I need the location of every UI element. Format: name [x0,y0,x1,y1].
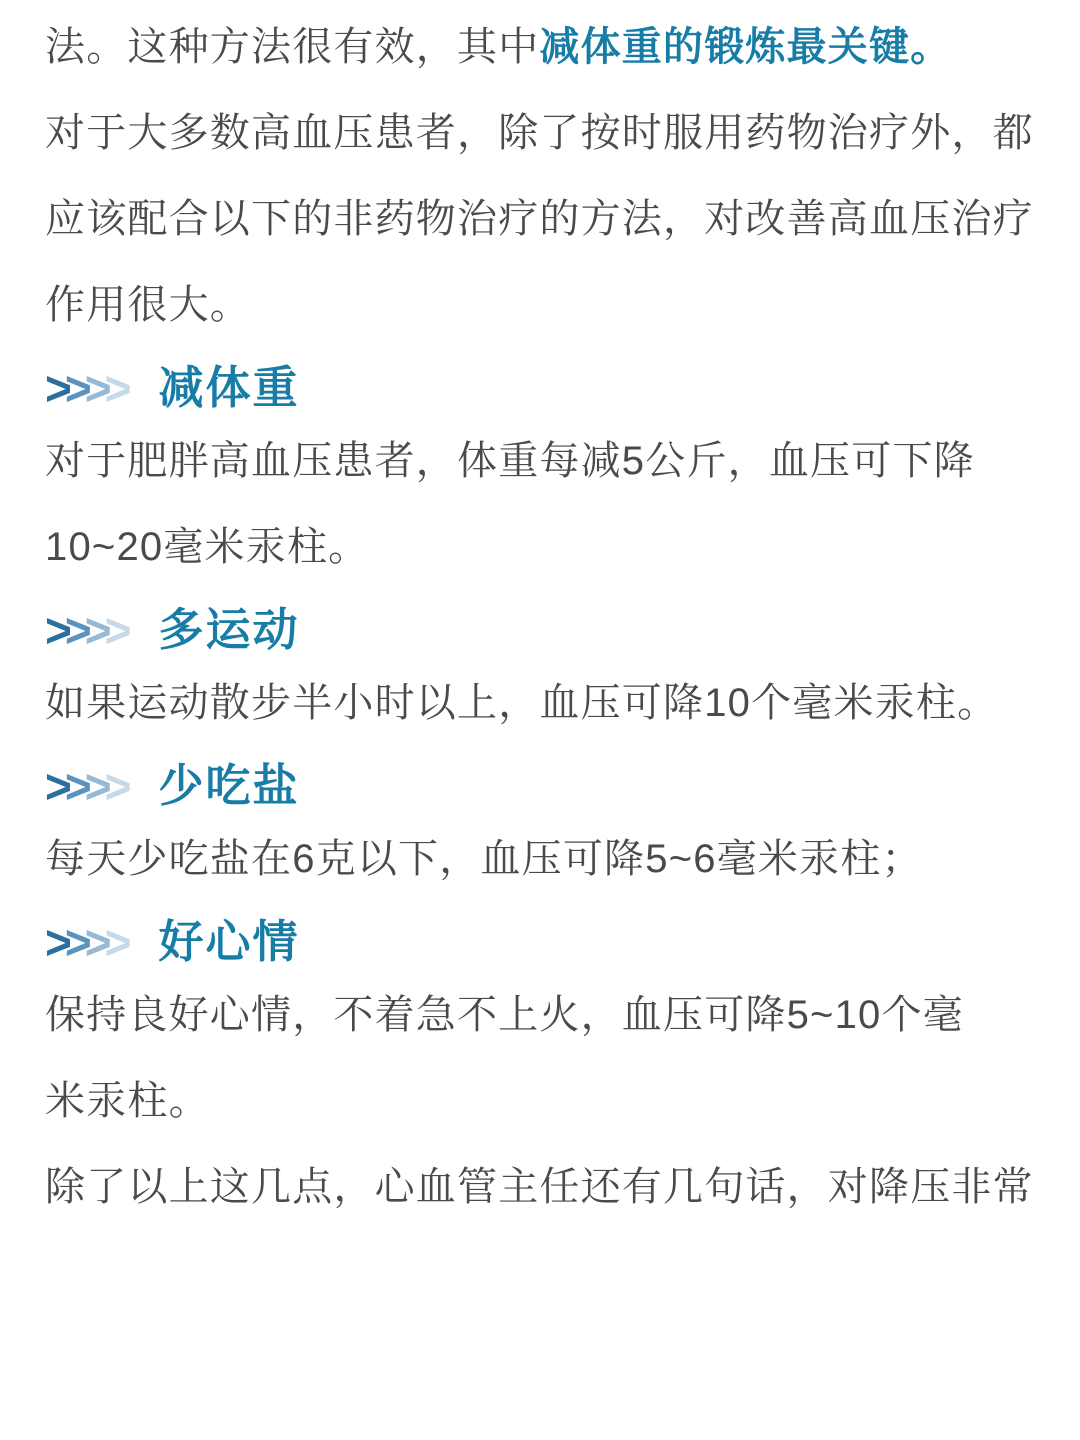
chevron-right-icon: > [45,364,65,412]
chevron-right-icon: > [105,606,125,654]
section-body-text: 如果运动散步半小时以上，血压可降10个毫米汞柱。 [45,660,1035,746]
chevron-right-icon: > [65,918,85,966]
chevron-right-icon: > [65,364,85,412]
section-body-text: 保持良好心情，不着急不上火，血压可降5~10个毫 米汞柱。 [45,972,1035,1144]
section-less-salt: > > > > 少吃盐 每天少吃盐在6克以下，血压可降5~6毫米汞柱； [45,756,1035,902]
section-chevrons: > > > > [45,918,125,966]
chevron-right-icon: > [65,762,85,810]
chevron-right-icon: > [65,606,85,654]
section-body-text: 每天少吃盐在6克以下，血压可降5~6毫米汞柱； [45,816,1035,902]
chevron-right-icon: > [105,918,125,966]
intro-line: 法。这种方法很有效，其中减体重的锻炼最关键。 [45,4,1035,90]
section-chevrons: > > > > [45,762,125,810]
section-chevrons: > > > > [45,364,125,412]
section-heading: > > > > 少吃盐 [45,756,1035,816]
chevron-right-icon: > [105,364,125,412]
section-chevrons: > > > > [45,606,125,654]
chevron-right-icon: > [85,762,105,810]
chevron-right-icon: > [85,918,105,966]
section-heading: > > > > 好心情 [45,912,1035,972]
intro-paragraph: 对于大多数高血压患者，除了按时服用药物治疗外，都 应该配合以下的非药物治疗的方法… [45,90,1035,348]
section-exercise: > > > > 多运动 如果运动散步半小时以上，血压可降10个毫米汞柱。 [45,600,1035,746]
article-body: 法。这种方法很有效，其中减体重的锻炼最关键。 对于大多数高血压患者，除了按时服用… [0,0,1080,1230]
section-heading: > > > > 多运动 [45,600,1035,660]
chevron-right-icon: > [45,762,65,810]
chevron-right-icon: > [85,364,105,412]
footer-paragraph: 除了以上这几点，心血管主任还有几句话，对降压非常 [45,1144,1035,1230]
intro-line-highlight: 减体重的锻炼最关键。 [539,25,951,69]
chevron-right-icon: > [85,606,105,654]
section-heading: > > > > 减体重 [45,358,1035,418]
chevron-right-icon: > [45,606,65,654]
intro-line-text: 法。这种方法很有效，其中 [45,25,539,69]
section-good-mood: > > > > 好心情 保持良好心情，不着急不上火，血压可降5~10个毫 米汞柱… [45,912,1035,1144]
chevron-right-icon: > [105,762,125,810]
chevron-right-icon: > [45,918,65,966]
section-body-text: 对于肥胖高血压患者，体重每减5公斤，血压可下降 10~20毫米汞柱。 [45,418,1035,590]
section-weight-loss: > > > > 减体重 对于肥胖高血压患者，体重每减5公斤，血压可下降 10~2… [45,358,1035,590]
